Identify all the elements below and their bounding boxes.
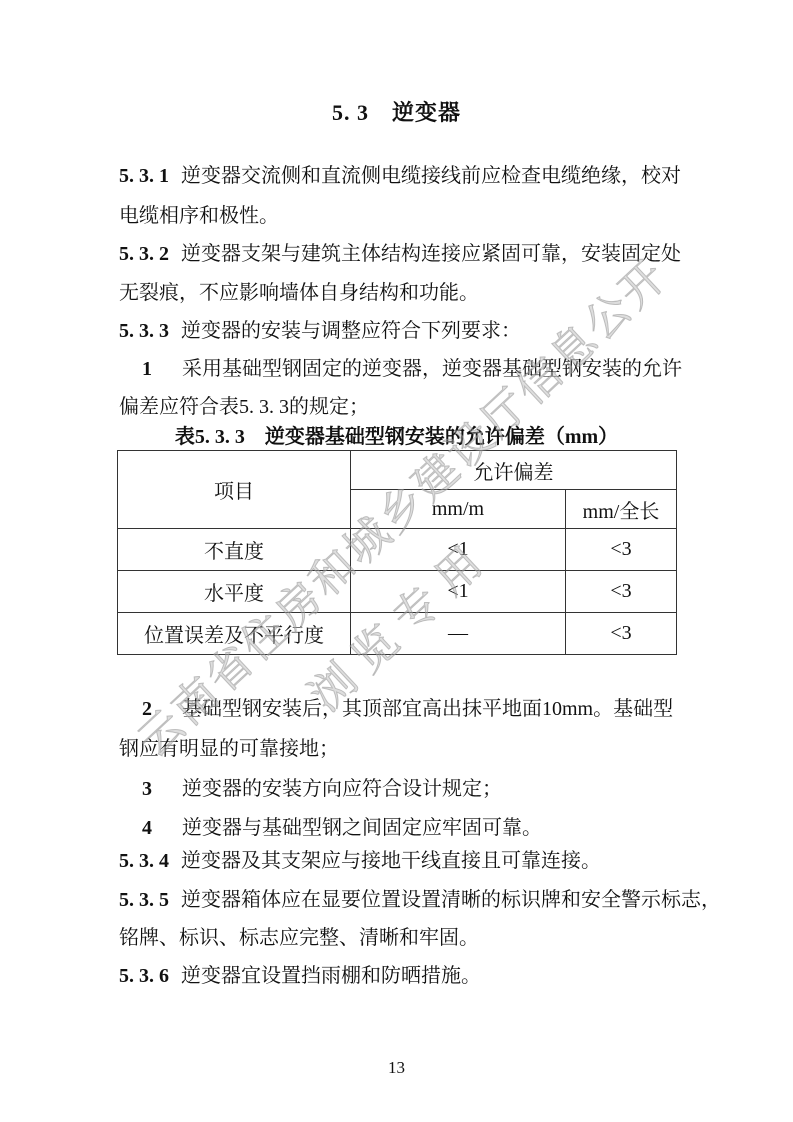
list-item-1-line-1: 1采用基础型钢固定的逆变器，逆变器基础型钢安装的允许 xyxy=(142,357,682,381)
cell-mm-full-length: <3 xyxy=(566,529,677,571)
cell-item: 水平度 xyxy=(118,571,351,613)
document-page: 5. 3 逆变器 5. 3. 1逆变器交流侧和直流侧电缆接线前应检查电缆绝缘，校… xyxy=(0,0,793,1122)
paragraph-5-3-6-line-1: 5. 3. 6逆变器宜设置挡雨棚和防晒措施。 xyxy=(119,964,481,988)
item-text: 钢应有明显的可靠接地； xyxy=(119,738,339,760)
cell-item: 不直度 xyxy=(118,529,351,571)
clause-text: 逆变器箱体应在显要位置设置清晰的标识牌和安全警示标志， xyxy=(181,889,721,911)
clause-text: 无裂痕，不应影响墙体自身结构和功能。 xyxy=(119,282,479,304)
item-text: 基础型钢安装后，其顶部宜高出抹平地面10mm。基础型 xyxy=(182,698,673,720)
list-item-1-line-2: 偏差应符合表5. 3. 3的规定； xyxy=(119,395,369,419)
table-header-allowable-deviation: 允许偏差 xyxy=(351,451,677,490)
page-number: 13 xyxy=(0,1058,793,1078)
item-number: 2 xyxy=(142,698,152,720)
list-item-2-line-2: 钢应有明显的可靠接地； xyxy=(119,737,339,761)
table-caption: 表5. 3. 3 逆变器基础型钢安装的允许偏差（mm） xyxy=(0,420,793,449)
paragraph-5-3-5-line-2: 铭牌、标识、标志应完整、清晰和牢固。 xyxy=(119,926,479,950)
clause-number: 5. 3. 1 xyxy=(119,165,169,187)
paragraph-5-3-4-line-1: 5. 3. 4逆变器及其支架应与接地干线直接且可靠连接。 xyxy=(119,849,601,873)
paragraph-5-3-5-line-1: 5. 3. 5逆变器箱体应在显要位置设置清晰的标识牌和安全警示标志， xyxy=(119,888,721,912)
item-text: 偏差应符合表5. 3. 3的规定； xyxy=(119,396,369,418)
list-item-4-line-1: 4逆变器与基础型钢之间固定应牢固可靠。 xyxy=(142,816,542,840)
clause-text: 逆变器宜设置挡雨棚和防晒措施。 xyxy=(181,965,481,987)
item-text: 逆变器与基础型钢之间固定应牢固可靠。 xyxy=(182,817,542,839)
cell-mm-per-m: <1 xyxy=(351,529,566,571)
table-header-mm-full-length: mm/全长 xyxy=(566,490,677,529)
deviation-table: 项目 允许偏差 mm/m mm/全长 不直度 <1 <3 水平度 <1 <3 位… xyxy=(117,450,677,655)
clause-text: 逆变器交流侧和直流侧电缆接线前应检查电缆绝缘，校对 xyxy=(181,165,681,187)
list-item-3-line-1: 3逆变器的安装方向应符合设计规定； xyxy=(142,777,502,801)
item-number: 3 xyxy=(142,778,152,800)
table-header-mm-per-m: mm/m xyxy=(351,490,566,529)
table-row: 位置误差及不平行度 — <3 xyxy=(118,613,677,655)
clause-number: 5. 3. 3 xyxy=(119,320,169,342)
paragraph-5-3-2-line-1: 5. 3. 2逆变器支架与建筑主体结构连接应紧固可靠，安装固定处 xyxy=(119,242,681,266)
clause-text: 铭牌、标识、标志应完整、清晰和牢固。 xyxy=(119,927,479,949)
clause-text: 电缆相序和极性。 xyxy=(119,205,279,227)
cell-item: 位置误差及不平行度 xyxy=(118,613,351,655)
table-row: 不直度 <1 <3 xyxy=(118,529,677,571)
clause-number: 5. 3. 2 xyxy=(119,243,169,265)
item-text: 逆变器的安装方向应符合设计规定； xyxy=(182,778,502,800)
table-row: 水平度 <1 <3 xyxy=(118,571,677,613)
cell-mm-full-length: <3 xyxy=(566,571,677,613)
item-number: 4 xyxy=(142,817,152,839)
clause-text: 逆变器及其支架应与接地干线直接且可靠连接。 xyxy=(181,850,601,872)
clause-text: 逆变器支架与建筑主体结构连接应紧固可靠，安装固定处 xyxy=(181,243,681,265)
clause-number: 5. 3. 4 xyxy=(119,850,169,872)
cell-mm-full-length: <3 xyxy=(566,613,677,655)
list-item-2-line-1: 2基础型钢安装后，其顶部宜高出抹平地面10mm。基础型 xyxy=(142,697,673,721)
cell-mm-per-m: <1 xyxy=(351,571,566,613)
paragraph-5-3-2-line-2: 无裂痕，不应影响墙体自身结构和功能。 xyxy=(119,281,479,305)
paragraph-5-3-1-line-2: 电缆相序和极性。 xyxy=(119,204,279,228)
item-number: 1 xyxy=(142,358,152,380)
item-text: 采用基础型钢固定的逆变器，逆变器基础型钢安装的允许 xyxy=(182,358,682,380)
paragraph-5-3-3-line-1: 5. 3. 3逆变器的安装与调整应符合下列要求： xyxy=(119,319,521,343)
table-header-item: 项目 xyxy=(118,451,351,529)
clause-number: 5. 3. 5 xyxy=(119,889,169,911)
section-heading: 5. 3 逆变器 xyxy=(0,96,793,127)
paragraph-5-3-1-line-1: 5. 3. 1逆变器交流侧和直流侧电缆接线前应检查电缆绝缘，校对 xyxy=(119,164,681,188)
clause-text: 逆变器的安装与调整应符合下列要求： xyxy=(181,320,521,342)
cell-mm-per-m: — xyxy=(351,613,566,655)
clause-number: 5. 3. 6 xyxy=(119,965,169,987)
